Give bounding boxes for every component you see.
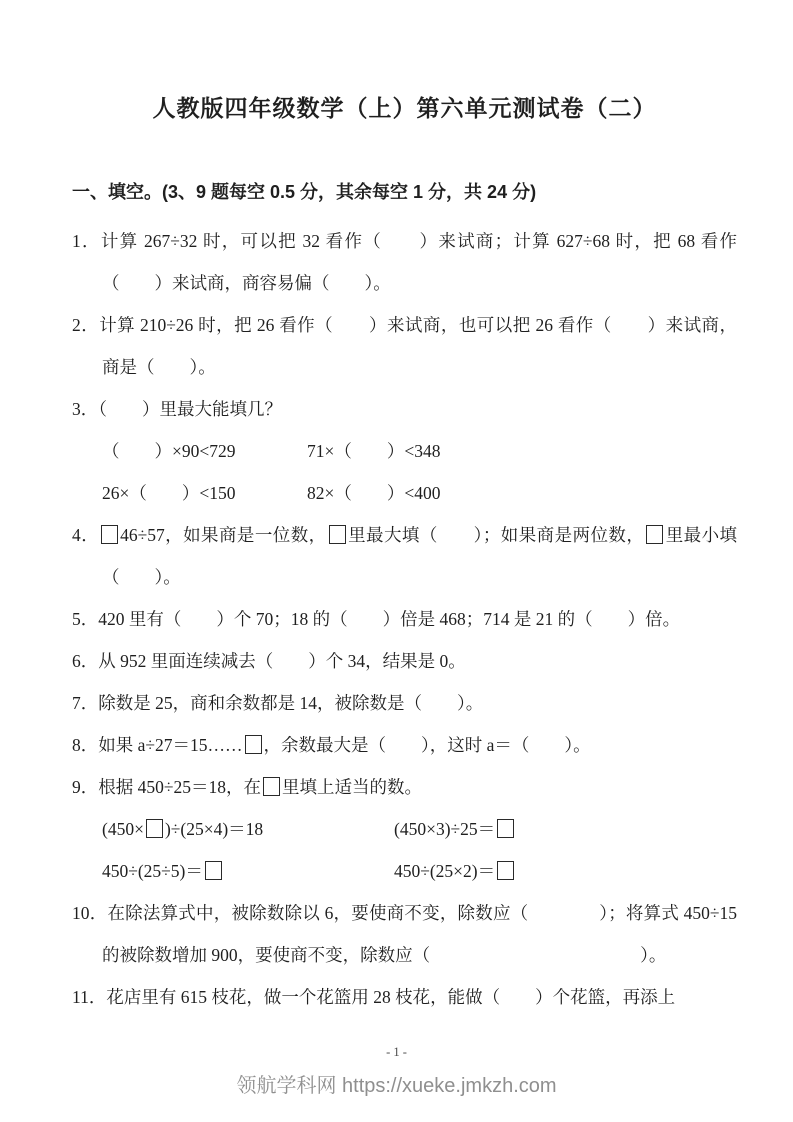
blank-box <box>205 861 222 880</box>
blank-box <box>245 735 262 754</box>
question-list: 1．计算 267÷32 时，可以把 32 看作（ ）来试商；计算 627÷68 … <box>72 220 737 1018</box>
question-11-text: 花店里有 615 枝花，做一个花篮用 28 枝花，能做（ ）个花篮，再添上 <box>106 987 675 1007</box>
watermark-text: 领航学科网 https://xueke.jmkzh.com <box>0 1069 793 1098</box>
section-heading: 一、填空。(3、9 题每空 0.5 分，其余每空 1 分，共 24 分) <box>72 178 737 206</box>
equation-item: (450×)÷(25×4)＝18 <box>102 808 394 850</box>
inequality-item: 26×（ ）<150 <box>102 472 307 514</box>
question-1: 1．计算 267÷32 时，可以把 32 看作（ ）来试商；计算 627÷68 … <box>72 220 737 304</box>
question-4-number: 4． <box>72 525 99 545</box>
equation-item: 450÷(25÷5)＝ <box>102 850 394 892</box>
question-3: 3．（ ）里最大能填几？ （ ）×90<729 71×（ ）<348 26×（ … <box>72 388 737 514</box>
page-number: - 1 - <box>0 1045 793 1060</box>
blank-box <box>497 819 514 838</box>
question-9: 9．根据 450÷25＝18，在里填上适当的数。 (450×)÷(25×4)＝1… <box>72 766 737 892</box>
question-9-number: 9． <box>72 777 98 797</box>
question-4: 4．46÷57，如果商是一位数，里最大填（ ）；如果商是两位数，里最小填（ ）。 <box>72 514 737 598</box>
question-8-text: 如果 a÷27＝15……，余数最大是（ ），这时 a＝（ ）。 <box>98 735 590 755</box>
question-2-text: 计算 210÷26 时，把 26 看作（ ）来试商，也可以把 26 看作（ ）来… <box>99 315 737 377</box>
question-8-number: 8． <box>72 735 98 755</box>
question-9-row-1: (450×)÷(25×4)＝18 (450×3)÷25＝ <box>102 808 737 850</box>
page-title: 人教版四年级数学（上）第六单元测试卷（二） <box>72 90 737 126</box>
question-10-text: 在除法算式中，被除数除以 6，要使商不变，除数应（ ）；将算式 450÷15 的… <box>102 903 737 965</box>
blank-box <box>497 861 514 880</box>
blank-box <box>146 819 163 838</box>
question-7: 7．除数是 25，商和余数都是 14，被除数是（ ）。 <box>72 682 737 724</box>
question-3-row-1: （ ）×90<729 71×（ ）<348 <box>102 430 737 472</box>
question-3-number: 3． <box>72 399 98 419</box>
question-4-text: 46÷57，如果商是一位数，里最大填（ ）；如果商是两位数，里最小填（ ）。 <box>99 525 737 587</box>
blank-box <box>329 525 346 544</box>
question-6-number: 6． <box>72 651 98 671</box>
question-5-number: 5． <box>72 609 98 629</box>
test-paper-page: 人教版四年级数学（上）第六单元测试卷（二） 一、填空。(3、9 题每空 0.5 … <box>0 0 793 1122</box>
question-11: 11．花店里有 615 枝花，做一个花篮用 28 枝花，能做（ ）个花篮，再添上 <box>72 976 737 1018</box>
blank-box <box>263 777 280 796</box>
question-1-number: 1． <box>72 231 101 251</box>
equation-item: (450×3)÷25＝ <box>394 808 516 850</box>
question-5: 5．420 里有（ ）个 70；18 的（ ）倍是 468；714 是 21 的… <box>72 598 737 640</box>
question-10: 10．在除法算式中，被除数除以 6，要使商不变，除数应（ ）；将算式 450÷1… <box>72 892 737 976</box>
question-8: 8．如果 a÷27＝15……，余数最大是（ ），这时 a＝（ ）。 <box>72 724 737 766</box>
inequality-item: （ ）×90<729 <box>102 430 307 472</box>
blank-box <box>101 525 118 544</box>
question-6-text: 从 952 里面连续减去（ ）个 34，结果是 0。 <box>98 651 466 671</box>
inequality-item: 71×（ ）<348 <box>307 430 441 472</box>
blank-box <box>646 525 663 544</box>
question-7-text: 除数是 25，商和余数都是 14，被除数是（ ）。 <box>98 693 483 713</box>
equation-item: 450÷(25×2)＝ <box>394 850 516 892</box>
question-7-number: 7． <box>72 693 98 713</box>
inequality-item: 82×（ ）<400 <box>307 472 441 514</box>
question-2: 2．计算 210÷26 时，把 26 看作（ ）来试商，也可以把 26 看作（ … <box>72 304 737 388</box>
question-5-text: 420 里有（ ）个 70；18 的（ ）倍是 468；714 是 21 的（ … <box>98 609 680 629</box>
question-10-number: 10． <box>72 903 107 923</box>
question-9-text: 根据 450÷25＝18，在里填上适当的数。 <box>98 777 422 797</box>
question-2-number: 2． <box>72 315 99 335</box>
question-3-row-2: 26×（ ）<150 82×（ ）<400 <box>102 472 737 514</box>
question-3-text: （ ）里最大能填几？ <box>98 399 282 419</box>
question-11-number: 11． <box>72 987 106 1007</box>
question-1-text: 计算 267÷32 时，可以把 32 看作（ ）来试商；计算 627÷68 时，… <box>101 231 737 293</box>
question-9-row-2: 450÷(25÷5)＝ 450÷(25×2)＝ <box>102 850 737 892</box>
question-6: 6．从 952 里面连续减去（ ）个 34，结果是 0。 <box>72 640 737 682</box>
